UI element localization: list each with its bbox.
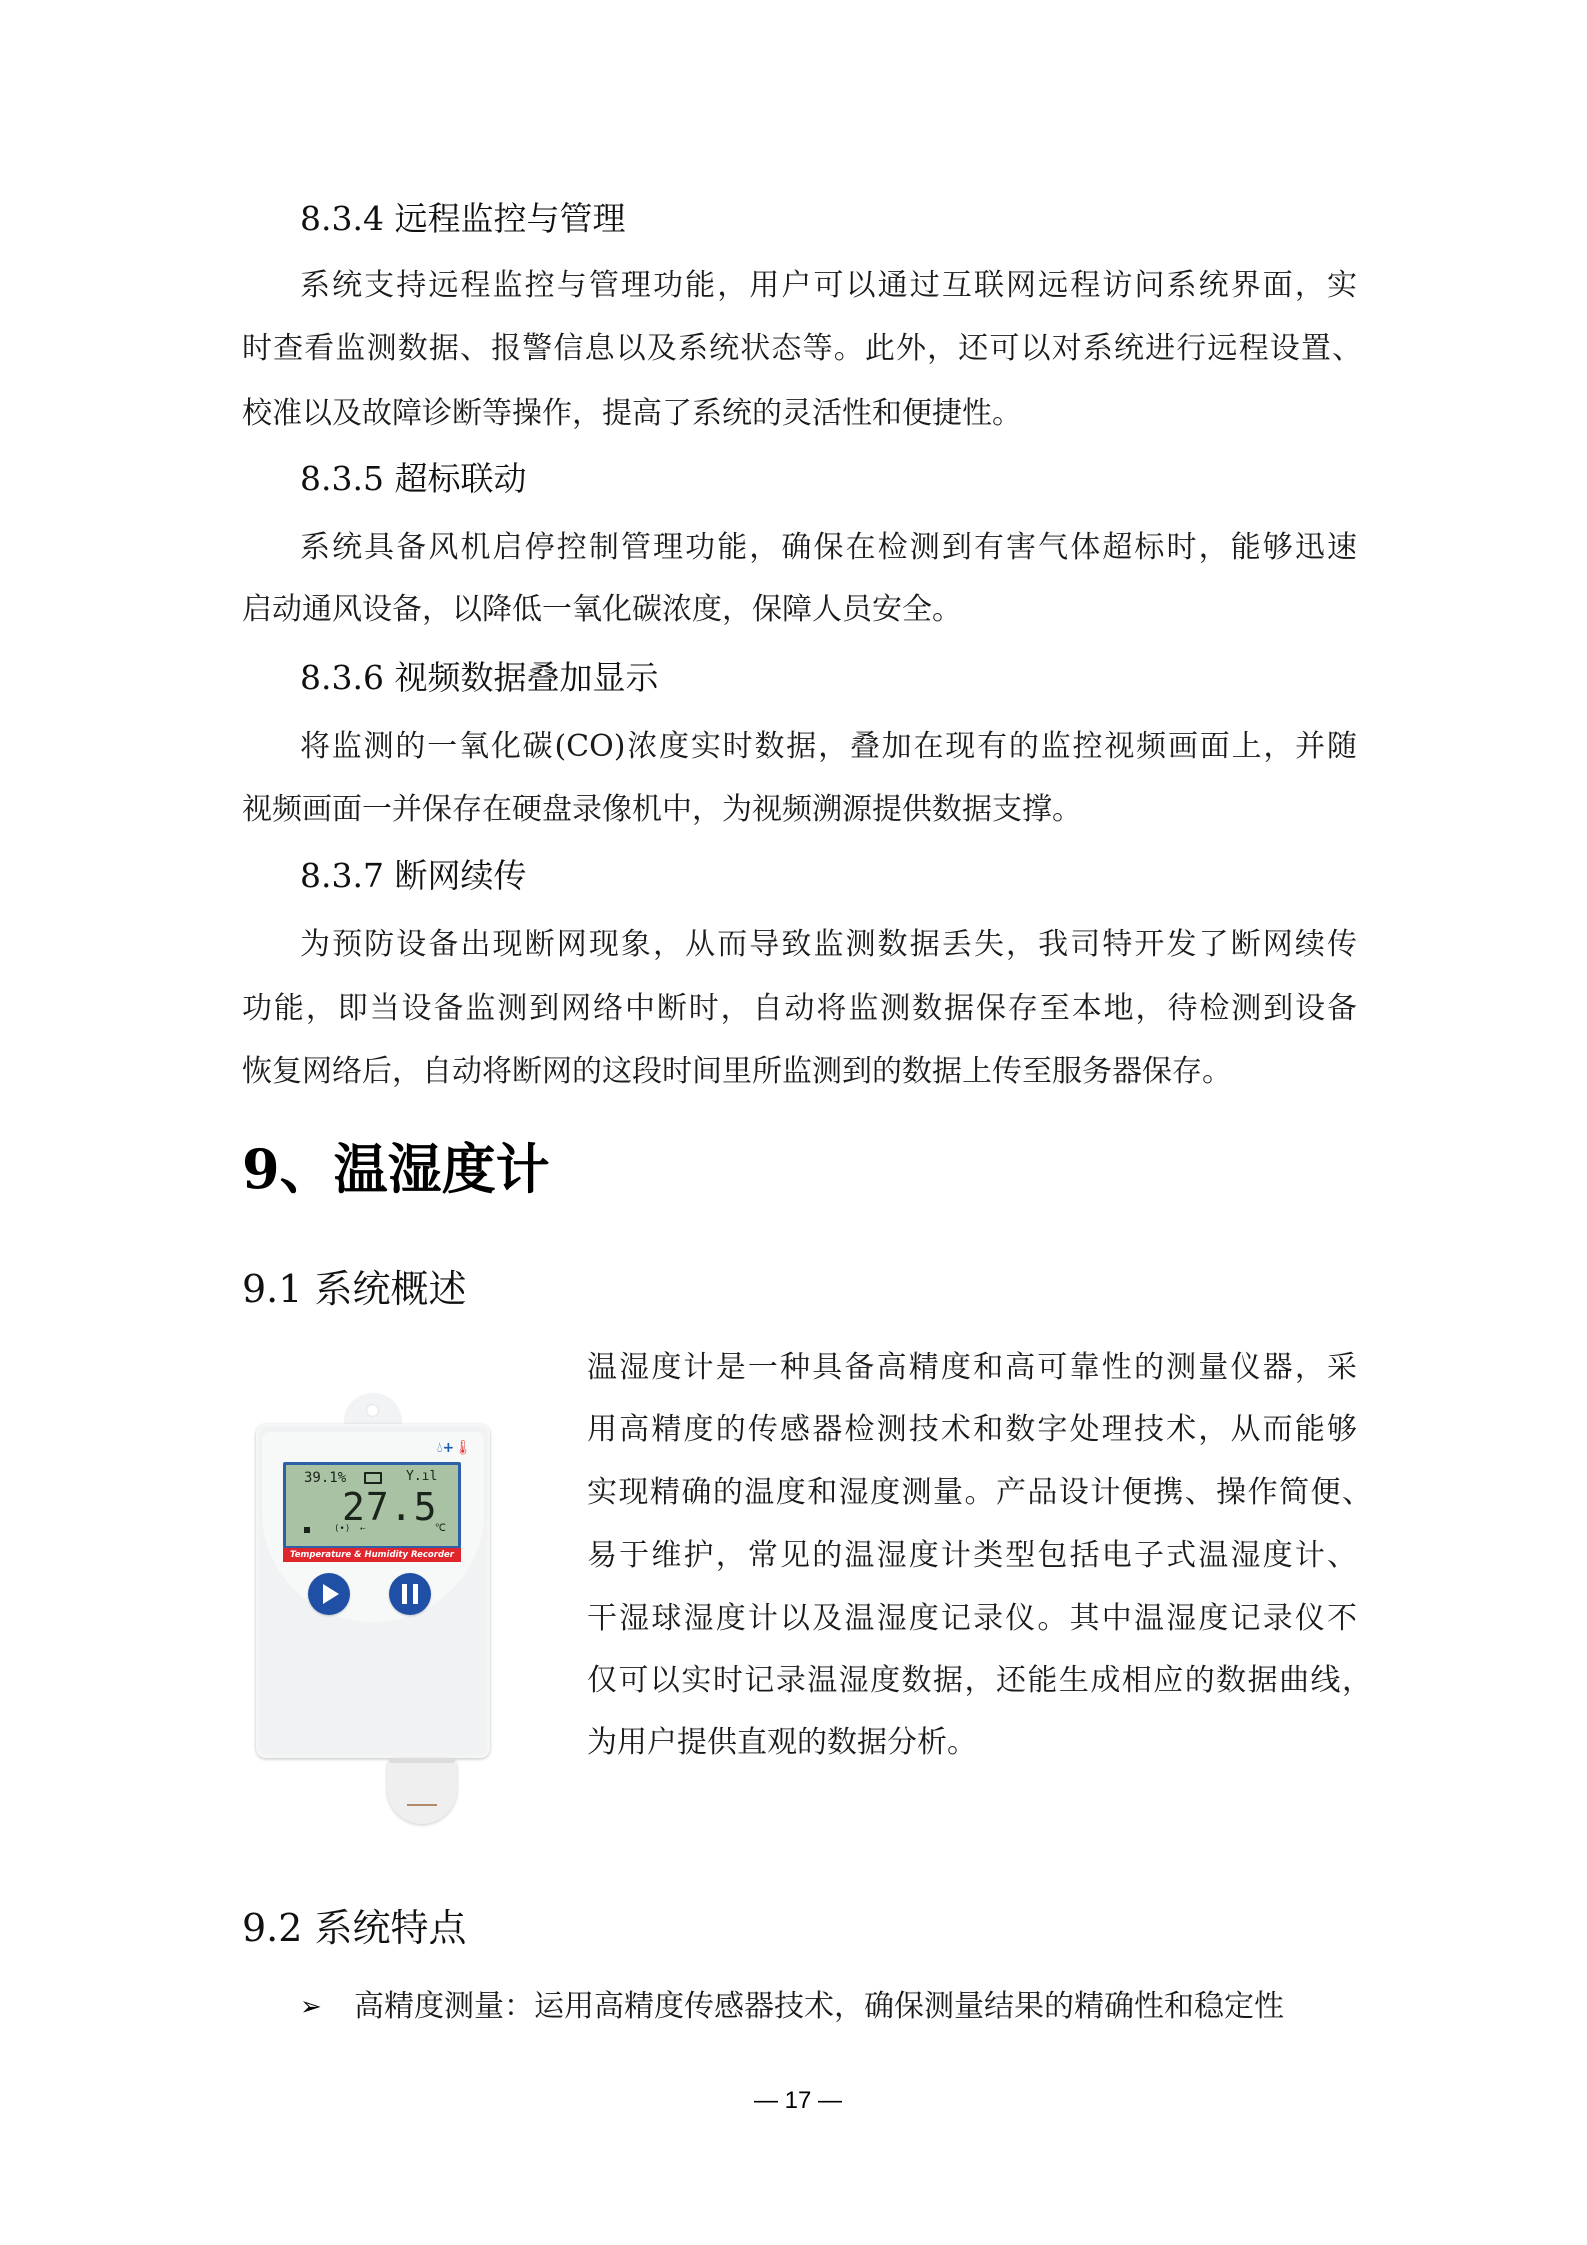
paragraph-line: 校准以及故障诊断等操作，提高了系统的灵活性和便捷性。 — [242, 394, 1022, 434]
heading-8-3-7: 8.3.7 断网续传 — [300, 854, 526, 898]
arrow-bullet-icon: ➢ — [300, 1987, 322, 2027]
paragraph-line: 仅可以实时记录温湿度数据，还能生成相应的数据曲线， — [587, 1661, 1372, 1701]
temperature-humidity-recorder-image: 💧︎+🌡︎ 39.1% Y.ıl 27.5 (•) ⇠ ℃ Temperatur… — [256, 1394, 490, 1826]
temperature-readout: 27.5 — [342, 1487, 438, 1527]
record-indicator-icon — [304, 1527, 310, 1533]
heading-8-3-5: 8.3.5 超标联动 — [300, 457, 526, 501]
paragraph-line: 时查看监测数据、报警信息以及系统状态等。此外，还可以对系统进行远程设置、 — [242, 329, 1362, 369]
paragraph-line: 启动通风设备，以降低一氧化碳浓度，保障人员安全。 — [242, 590, 962, 630]
paragraph-line: 恢复网络后，自动将断网的这段时间里所监测到的数据上传至服务器保存。 — [242, 1052, 1232, 1092]
pause-icon — [389, 1573, 431, 1615]
chapter-title: 9、温湿度计 — [242, 1137, 550, 1201]
signal-icon: Y.ıl — [406, 1469, 437, 1485]
humidity-readout: 39.1% — [304, 1470, 346, 1486]
heading-9-2: 9.2 系统特点 — [242, 1903, 467, 1953]
celsius-unit: ℃ — [435, 1523, 446, 1535]
paragraph-line: 用高精度的传感器检测技术和数字处理技术，从而能够 — [587, 1410, 1357, 1450]
bullet-item: 高精度测量：运用高精度传感器技术，确保测量结果的精确性和稳定性 — [354, 1987, 1284, 2027]
heading-8-3-6: 8.3.6 视频数据叠加显示 — [300, 656, 658, 700]
device-label: Temperature & Humidity Recorder — [283, 1548, 461, 1562]
lcd-display: 39.1% Y.ıl 27.5 (•) ⇠ ℃ — [283, 1462, 461, 1549]
paragraph-line: 温湿度计是一种具备高精度和高可靠性的测量仪器，采 — [587, 1348, 1357, 1388]
play-icon — [308, 1573, 350, 1615]
heading-9-1: 9.1 系统概述 — [242, 1264, 467, 1314]
battery-icon — [364, 1472, 382, 1484]
page-number: — 17 — — [754, 2086, 842, 2116]
humidity-temperature-icon: 💧︎+🌡︎ — [437, 1440, 472, 1456]
paragraph-line: 为预防设备出现断网现象，从而导致监测数据丢失，我司特开发了断网续传 — [300, 925, 1357, 965]
paragraph-line: 实现精确的温度和湿度测量。产品设计便携、操作简便、 — [587, 1473, 1372, 1513]
sensor-vent — [407, 1804, 437, 1806]
usb-icon: ⇠ — [360, 1523, 365, 1535]
sensor-probe — [387, 1758, 457, 1824]
paragraph-line: 将监测的一氧化碳(CO)浓度实时数据，叠加在现有的监控视频画面上，并随 — [300, 727, 1357, 767]
paragraph-line: 为用户提供直观的数据分析。 — [587, 1723, 977, 1763]
hanging-hole — [366, 1404, 379, 1417]
heading-8-3-4: 8.3.4 远程监控与管理 — [300, 197, 625, 241]
paragraph-line: 系统具备风机启停控制管理功能，确保在检测到有害气体超标时，能够迅速 — [300, 528, 1357, 568]
beep-icon: (•) — [334, 1523, 350, 1535]
paragraph-line: 功能，即当设备监测到网络中断时，自动将监测数据保存至本地，待检测到设备 — [242, 989, 1357, 1029]
paragraph-line: 干湿球湿度计以及温湿度记录仪。其中温湿度记录仪不 — [587, 1599, 1357, 1639]
sensor-rim — [389, 1758, 455, 1763]
device-case: 💧︎+🌡︎ 39.1% Y.ıl 27.5 (•) ⇠ ℃ Temperatur… — [256, 1424, 490, 1758]
paragraph-line: 易于维护，常见的温湿度计类型包括电子式温湿度计、 — [587, 1536, 1357, 1576]
paragraph-line: 视频画面一并保存在硬盘录像机中，为视频溯源提供数据支撑。 — [242, 790, 1082, 830]
paragraph-line: 系统支持远程监控与管理功能，用户可以通过互联网远程访问系统界面，实 — [300, 266, 1357, 306]
